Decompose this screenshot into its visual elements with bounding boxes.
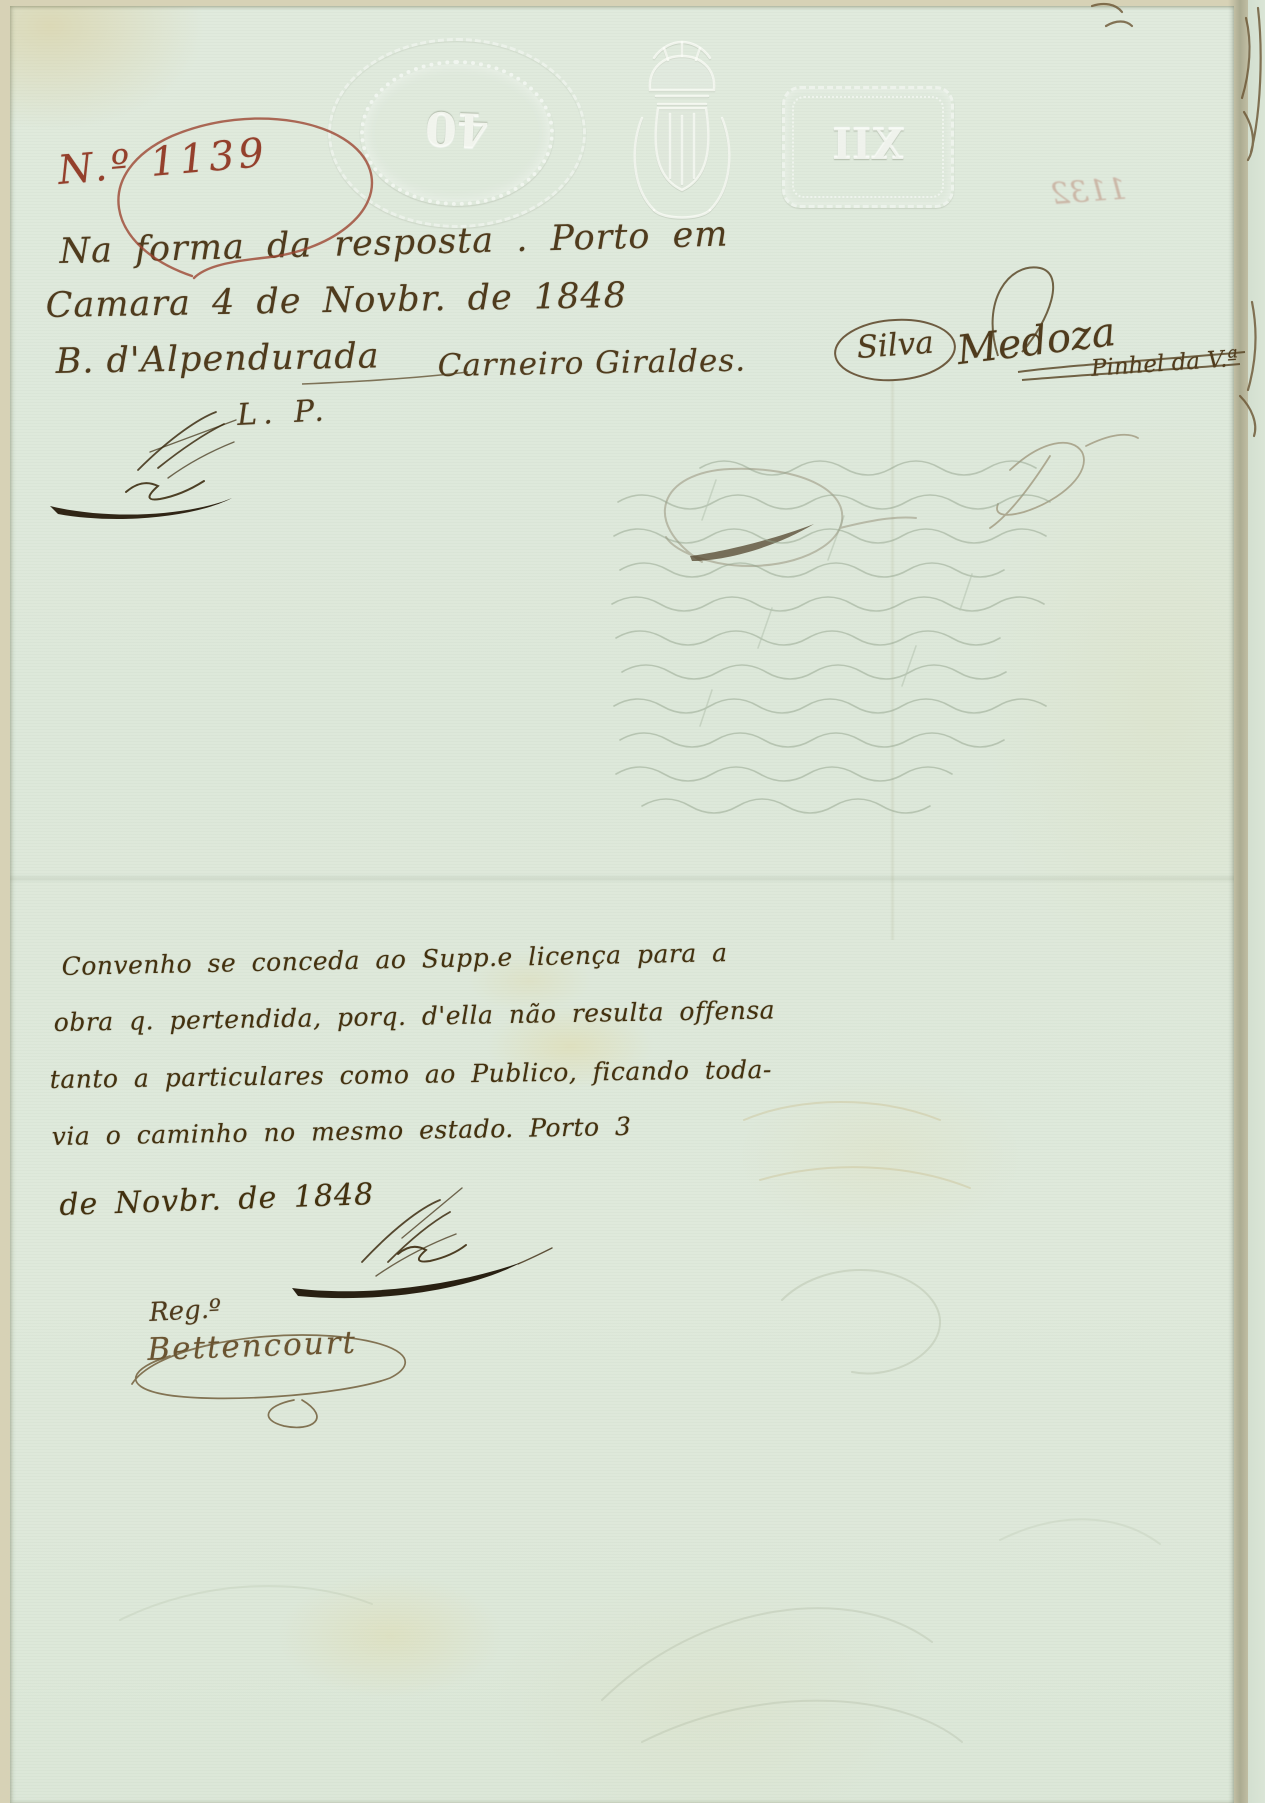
bleedthrough-number: 1132 xyxy=(1049,172,1128,212)
horizontal-fold-crease xyxy=(10,874,1234,883)
signature-silva: Silva xyxy=(855,325,934,366)
president-initials: L. P. xyxy=(236,393,330,433)
signature-carneiro: Carneiro Giraldes. xyxy=(437,343,746,384)
book-gutter-shadow xyxy=(1228,0,1250,1803)
registo-abbrev: Reg.º xyxy=(148,1294,222,1328)
signature-bettencourt: Bettencourt xyxy=(147,1325,358,1368)
despacho-line-3: B. d'Alpendurada xyxy=(55,336,380,382)
vertical-fold-crease xyxy=(890,380,895,940)
scanned-manuscript-page: 40 XII N.º 1139 1132 Na forma da respost… xyxy=(0,0,1265,1803)
next-page-edge xyxy=(1248,0,1265,1803)
